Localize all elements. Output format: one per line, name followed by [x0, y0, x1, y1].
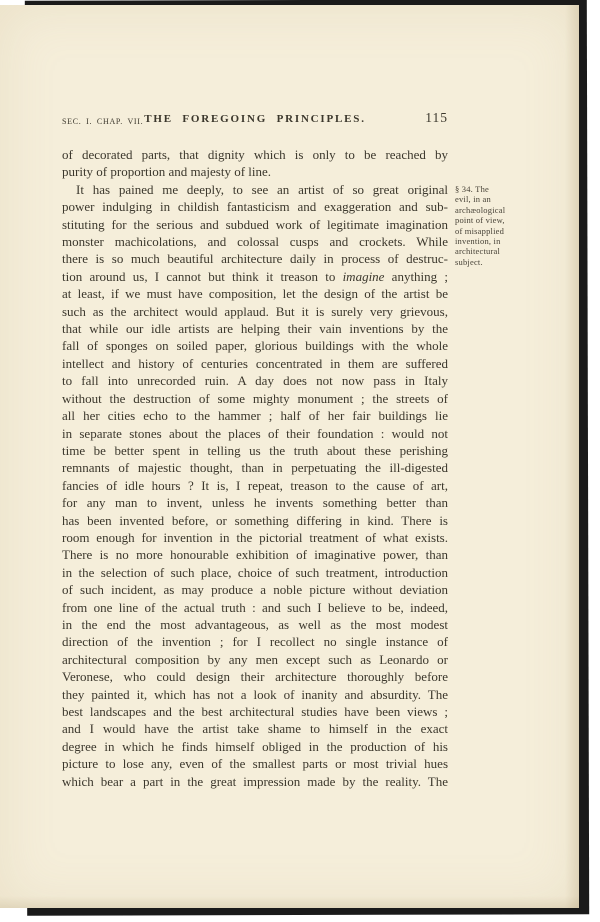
body-line: to fall into unrecorded ruin. A day does… — [62, 372, 448, 389]
body-line: time be better spent in telling us the t… — [62, 442, 448, 459]
body-line: picture to lose any, even of the smalles… — [62, 755, 448, 772]
body-line: there is so much beautiful architecture … — [62, 250, 448, 267]
margin-note-line: evil, in an — [455, 194, 519, 204]
body-line: stituting for the serious and subdued wo… — [62, 216, 448, 233]
body-line: which bear a part in the great impressio… — [62, 773, 448, 790]
body-line: and I would have the artist take shame t… — [62, 720, 448, 737]
body-line: room enough for invention in the pictori… — [62, 529, 448, 546]
body-line: for any man to invent, unless he invents… — [62, 494, 448, 511]
margin-note-line: § 34. The — [455, 184, 519, 194]
body-line: at least, if we must have composition, l… — [62, 285, 448, 302]
body-line: all her cities echo to the hammer ; half… — [62, 407, 448, 424]
margin-note-line: subject. — [455, 257, 519, 267]
book-page-scan: SEC. I. CHAP. VII. THE FOREGOING PRINCIP… — [0, 0, 600, 922]
body-line: architectural composition by any men exc… — [62, 651, 448, 668]
body-line: tion around us, I cannot but think it tr… — [62, 268, 448, 285]
text-segment: tion around us, I cannot but think it tr… — [62, 269, 343, 284]
page-number: 115 — [388, 110, 448, 126]
margin-note-line: architectural — [455, 246, 519, 256]
body-line: Veronese, who could design their archite… — [62, 668, 448, 685]
text-segment: anything ; — [384, 269, 448, 284]
body-line: There is no more honourable exhibition o… — [62, 546, 448, 563]
body-text: of decorated parts, that dignity which i… — [62, 146, 448, 790]
margin-note-line: archæological — [455, 205, 519, 215]
body-line: from one line of the actual truth : and … — [62, 599, 448, 616]
body-line: best landscapes and the best architectur… — [62, 703, 448, 720]
body-line: of decorated parts, that dignity which i… — [62, 146, 448, 163]
body-line: that while our idle artists are helping … — [62, 320, 448, 337]
body-line: of such incident, as may produce a noble… — [62, 581, 448, 598]
margin-note-line: of misapplied — [455, 226, 519, 236]
margin-note: § 34. Theevil, in anarchæologicalpoint o… — [455, 184, 519, 267]
body-line: such as the architect would applaud. But… — [62, 303, 448, 320]
body-line: in the selection of such place, choice o… — [62, 564, 448, 581]
body-line: without the destruction of some mighty m… — [62, 390, 448, 407]
body-line: fancies of idle hours ? It is, I repeat,… — [62, 477, 448, 494]
margin-note-line: point of view, — [455, 215, 519, 225]
body-line: they painted it, which has not a look of… — [62, 686, 448, 703]
body-line: power indulging in childish fantasticism… — [62, 198, 448, 215]
margin-note-line: invention, in — [455, 236, 519, 246]
body-line: degree in which he finds himself obliged… — [62, 738, 448, 755]
body-line: fall of sponges on soiled paper, gloriou… — [62, 337, 448, 354]
body-line: It has pained me deeply, to see an artis… — [62, 181, 448, 198]
body-line: has been invented before, or something d… — [62, 512, 448, 529]
body-line: remnants of majestic thought, than in pe… — [62, 459, 448, 476]
italic-word: imagine — [343, 269, 385, 284]
body-line: in the end the most advantageous, as wel… — [62, 616, 448, 633]
body-line: direction of the invention ; for I recol… — [62, 633, 448, 650]
body-line: monster machicolations, and colossal cus… — [62, 233, 448, 250]
body-line: purity of proportion and majesty of line… — [62, 163, 448, 180]
body-line: intellect and history of centuries conce… — [62, 355, 448, 372]
page-paper: SEC. I. CHAP. VII. THE FOREGOING PRINCIP… — [0, 5, 579, 908]
body-line: in separate stones about the places of t… — [62, 425, 448, 442]
